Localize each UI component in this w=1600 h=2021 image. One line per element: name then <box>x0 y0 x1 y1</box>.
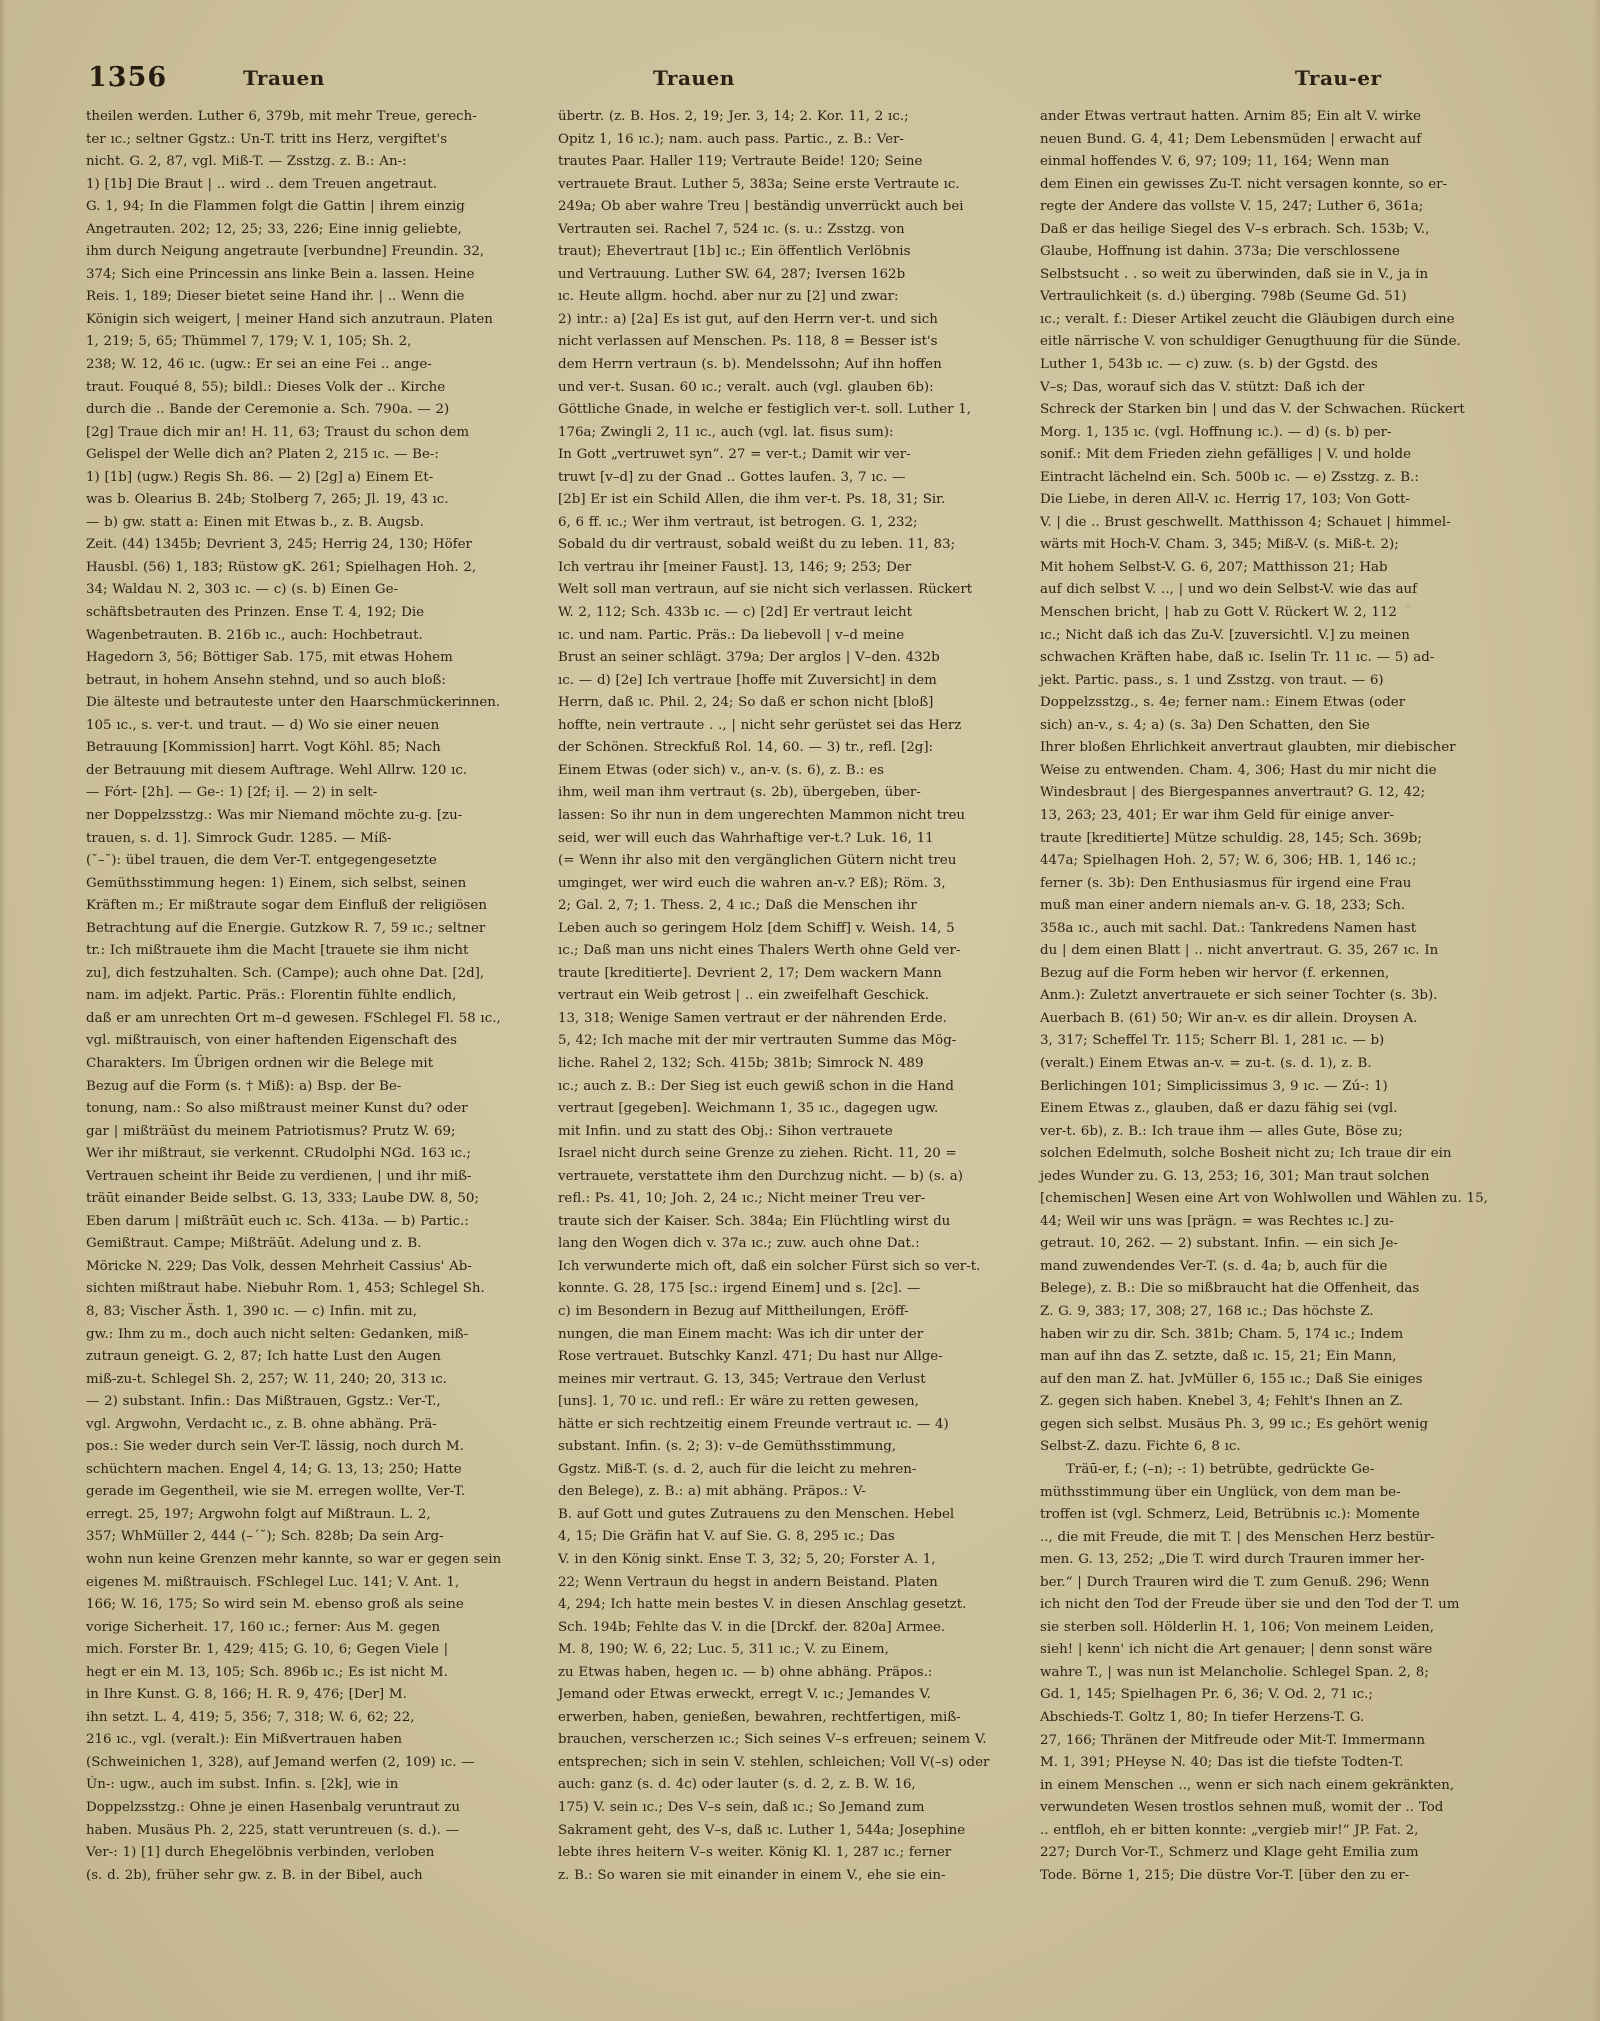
dictionary-entry-trauer: Träū-er, f.; (–n); -: 1) betrübte, gedrü… <box>1040 1459 1514 1887</box>
dictionary-column-3: ander Etwas vertraut hatten. Arnim 85; E… <box>1040 106 1514 1459</box>
dictionary-column-2: übertr. (z. B. Hos. 2, 19; Jer. 3, 14; 2… <box>558 106 1022 1887</box>
page-number: 1356 <box>88 62 167 93</box>
dictionary-column-1: theilen werden. Luther 6, 379b, mit mehr… <box>86 106 548 1887</box>
running-head-left: Trauen <box>243 66 325 90</box>
running-head-right: Trau-er <box>1295 66 1382 90</box>
running-head-center: Trauen <box>653 66 735 90</box>
